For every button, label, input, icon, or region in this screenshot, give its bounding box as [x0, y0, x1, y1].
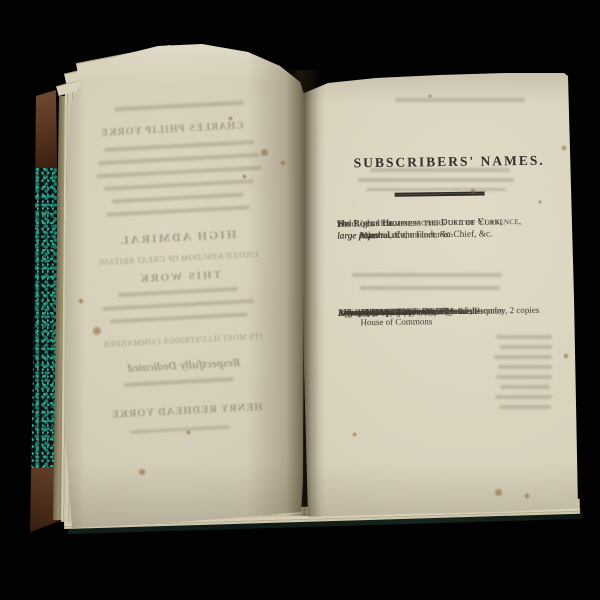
printed-text-block: SUBSCRIBERS' NAMES. His Royal Highness t…	[335, 68, 567, 518]
text-segment: large paper	[337, 231, 380, 243]
subscriber-list: Abbott, The Right Hon. Charles, Speaker …	[338, 304, 564, 307]
showthrough-line: THIS WORK	[52, 264, 308, 289]
text-segment: House of Commons	[338, 316, 432, 327]
book-photograph: CHARLES PHILIP YORKEHIGH ADMIRALUNITED K…	[0, 0, 600, 600]
showthrough-text-block: CHARLES PHILIP YORKEHIGH ADMIRALUNITED K…	[52, 40, 308, 532]
showthrough-line: HENRY REDHEAD YORKE	[58, 399, 308, 423]
leather-spine-corner-top	[22, 90, 62, 168]
royal-subscribers-list: His Royal Highness the Duke of York, Fie…	[337, 216, 563, 219]
left-page: CHARLES PHILIP YORKEHIGH ADMIRALUNITED K…	[52, 40, 308, 532]
showthrough-line: ITS MOST ILLUSTRIOUS COMMANDER	[55, 329, 308, 351]
text-segment: the Lords Commissioners of the	[337, 218, 475, 232]
showthrough-line: Respectfully Dedicated	[56, 351, 308, 379]
showthrough-line: CHARLES PHILIP YORKE	[52, 118, 300, 142]
text-segment: Allan, G. Esq. Grange, Darlington	[338, 306, 462, 318]
showthrough-line: HIGH ADMIRAL	[52, 223, 306, 251]
ornamental-rule	[395, 192, 485, 197]
right-page: SUBSCRIBERS' NAMES. His Royal Highness t…	[300, 68, 582, 518]
page-title: SUBSCRIBERS' NAMES.	[336, 152, 562, 171]
